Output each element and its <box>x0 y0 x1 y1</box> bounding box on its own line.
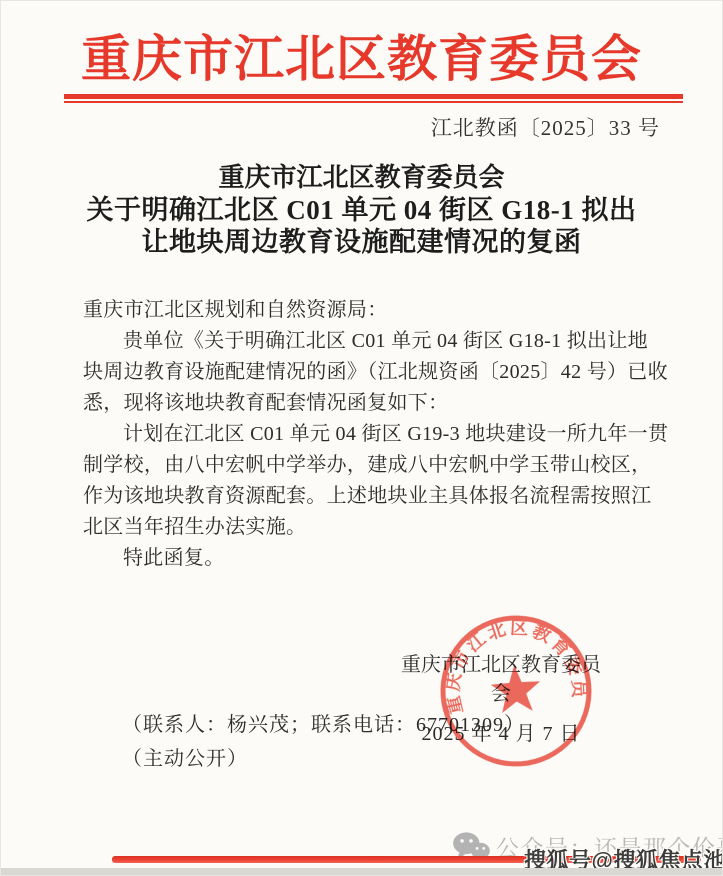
doc-number: 江北教函〔2025〕33 号 <box>431 112 660 142</box>
body-line: 悉，现将该地块教育配套情况函复如下： <box>83 388 646 419</box>
issuing-org-header: 重庆市江北区教育委员会 <box>1 19 722 91</box>
bottom-edge-strip <box>1 868 722 875</box>
body-line: 贵单位《关于明确江北区 C01 单元 04 街区 G18-1 拟出让地 <box>83 326 646 357</box>
document-title: 重庆市江北区教育委员会 关于明确江北区 C01 单元 04 街区 G18-1 拟… <box>1 162 722 258</box>
seal-graphic: 重庆市江北区教育委员会 <box>431 606 602 777</box>
body-line: 制学校，由八中宏帆中学举办，建成八中宏帆中学玉带山校区， <box>83 450 646 481</box>
title-line: 关于明确江北区 C01 单元 04 街区 G18-1 拟出 <box>1 194 722 226</box>
body-line: 计划在江北区 C01 单元 04 街区 G19-3 地块建设一所九年一贯 <box>83 419 646 450</box>
closing-line: 特此函复。 <box>83 543 646 574</box>
header-divider <box>64 94 683 103</box>
body-line: 块周边教育设施配建情况的函》（江北规资函〔2025〕42 号）已收 <box>83 357 646 388</box>
disclosure-line: （主动公开） <box>122 742 248 771</box>
title-line: 重庆市江北区教育委员会 <box>1 162 722 194</box>
body-line: 北区当年招生办法实施。 <box>83 512 646 543</box>
header-divider-thin-rule <box>64 101 683 103</box>
body-line: 作为该地块教育资源配套。上述地块业主具体报名流程需按照江 <box>83 481 646 512</box>
header-divider-thick-rule <box>64 94 683 99</box>
title-line: 让地块周边教育设施配建情况的复函 <box>1 226 722 258</box>
recipient-line: 重庆市江北区规划和自然资源局： <box>83 295 646 326</box>
document-page: 重庆市江北区教育委员会 江北教函〔2025〕33 号 重庆市江北区教育委员会 关… <box>0 0 723 876</box>
official-seal: 重庆市江北区教育委员会 <box>431 606 602 777</box>
letter-body: 重庆市江北区规划和自然资源局： 贵单位《关于明确江北区 C01 单元 04 街区… <box>83 295 646 574</box>
seal-star-icon <box>490 663 543 713</box>
